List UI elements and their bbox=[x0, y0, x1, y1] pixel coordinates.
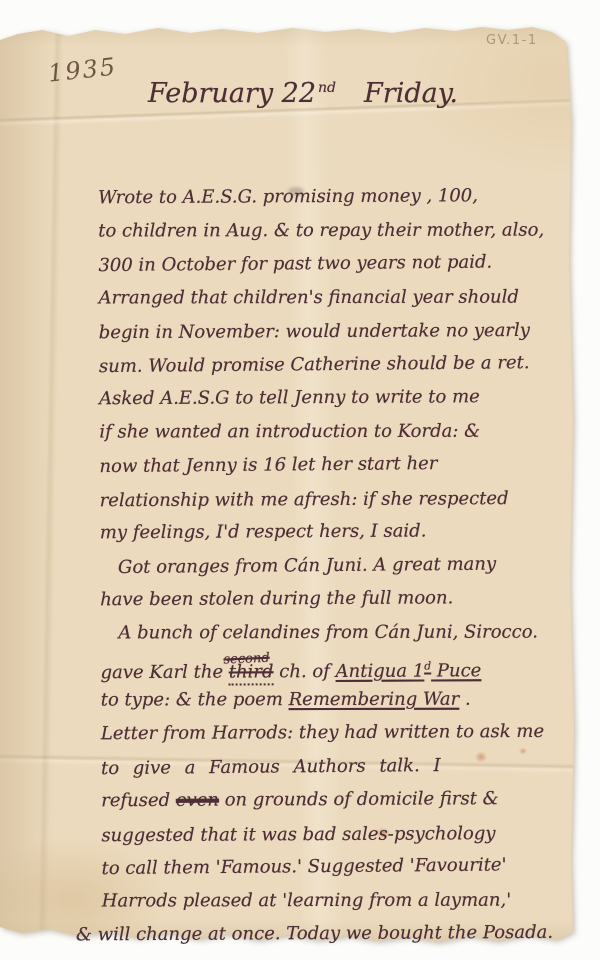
text-segment: suggested that it was bad sales-psycholo… bbox=[101, 823, 495, 846]
scan-background: 1935 GV.1-1 February 22ndFriday. Wrote t… bbox=[0, 0, 600, 960]
manuscript-line: refused even on grounds of domicile firs… bbox=[101, 782, 563, 818]
text-segment: sum. Would promise Catherine should be a… bbox=[99, 352, 530, 377]
manuscript-line: suggested that it was bad sales-psycholo… bbox=[101, 816, 563, 852]
text-segment: ch. of bbox=[273, 661, 335, 682]
manuscript-line: Arranged that children's financial year … bbox=[99, 280, 561, 314]
text-segment: to type: & the poem bbox=[101, 689, 289, 710]
text-segment: Asked A.E.S.G to tell Jenny to write to … bbox=[99, 386, 480, 409]
text-segment: gave Karl the bbox=[101, 662, 229, 684]
heading-ordinal: nd bbox=[318, 80, 336, 96]
manuscript-line: & will change at once. Today we bought t… bbox=[76, 916, 564, 952]
text-segment: . bbox=[459, 688, 470, 709]
text-segment: relationship with me afresh: if she resp… bbox=[100, 488, 509, 511]
text-segment: Wrote to A.E.S.G. promising money , 100, bbox=[98, 185, 478, 208]
manuscript-line: Got oranges from Cán Juni. A great many bbox=[118, 546, 562, 584]
text-segment: on grounds of domicile first & bbox=[219, 788, 499, 810]
text-segment-scribble: even bbox=[176, 790, 219, 811]
entry-heading: February 22ndFriday. bbox=[148, 78, 458, 109]
heading-weekday: Friday. bbox=[364, 78, 458, 109]
text-segment: 300 in October for past two years not pa… bbox=[98, 252, 492, 277]
manuscript-line: sum. Would promise Catherine should be a… bbox=[99, 345, 561, 383]
manuscript-line: now that Jenny is 16 let her start her bbox=[99, 446, 561, 484]
manuscript-line: Wrote to A.E.S.G. promising money , 100, bbox=[98, 179, 560, 215]
text-segment: begin in November: would undertake no ye… bbox=[99, 320, 530, 343]
manuscript-line: gave Karl the thirdsecond ch. of Antigua… bbox=[100, 649, 562, 685]
text-segment-usup: d bbox=[424, 659, 431, 672]
manuscript-line: if she wanted an introduction to Korda: … bbox=[99, 414, 561, 448]
manuscript-line: Asked A.E.S.G to tell Jenny to write to … bbox=[99, 380, 561, 416]
manuscript-line: Harrods pleased at 'learning from a laym… bbox=[102, 883, 564, 917]
manuscript-line: to type: & the poem Remembering War . bbox=[101, 682, 563, 716]
text-segment-u: Antigua 1 bbox=[336, 661, 425, 682]
heading-date: February 22 bbox=[148, 78, 316, 109]
manuscript-line: to give a Famous Authors talk. I bbox=[101, 747, 563, 785]
text-segment: my feelings, I'd respect hers, I said. bbox=[100, 521, 427, 544]
text-segment: A bunch of celandines from Cán Juni, Sir… bbox=[118, 621, 538, 643]
manuscript-line: to call them 'Famous.' Suggested 'Favour… bbox=[101, 848, 563, 886]
manuscript-line: begin in November: would undertake no ye… bbox=[99, 314, 561, 350]
archive-mark: GV.1-1 bbox=[486, 33, 538, 48]
text-segment-u: Puce bbox=[431, 660, 481, 681]
text-segment: Letter from Harrods: they had written to… bbox=[101, 721, 544, 744]
text-segment-u: Remembering War bbox=[289, 688, 460, 709]
text-segment: have been stolen during the full moon. bbox=[100, 587, 453, 610]
text-segment: to children in Aug. & to repay their mot… bbox=[98, 219, 544, 241]
text-segment: & will change at once. Today we bought t… bbox=[76, 922, 553, 945]
manuscript-line: 300 in October for past two years not pa… bbox=[98, 245, 560, 283]
manuscript-line: my feelings, I'd respect hers, I said. bbox=[100, 514, 562, 550]
text-segment: Got oranges from Cán Juni. A great many bbox=[118, 553, 496, 577]
manuscript-line: have been stolen during the full moon. bbox=[100, 581, 562, 617]
manuscript-line: A bunch of celandines from Cán Juni, Sir… bbox=[118, 615, 562, 649]
text-segment: refused bbox=[101, 790, 176, 811]
text-segment: now that Jenny is 16 let her start her bbox=[99, 453, 437, 477]
text-segment: if she wanted an introduction to Korda: … bbox=[99, 420, 480, 442]
text-segment: to give a Famous Authors talk. I bbox=[101, 755, 441, 779]
text-segment: to call them 'Famous.' Suggested 'Favour… bbox=[101, 854, 506, 879]
manuscript-line: Letter from Harrods: they had written to… bbox=[101, 715, 563, 751]
text-segment: Harrods pleased at 'learning from a laym… bbox=[102, 889, 511, 911]
text-segment: Arranged that children's financial year … bbox=[99, 286, 519, 308]
manuscript-lines: Wrote to A.E.S.G. promising money , 100,… bbox=[98, 179, 564, 952]
manuscript-line: to children in Aug. & to repay their mot… bbox=[98, 213, 560, 247]
manuscript-line: relationship with me afresh: if she resp… bbox=[100, 481, 562, 517]
